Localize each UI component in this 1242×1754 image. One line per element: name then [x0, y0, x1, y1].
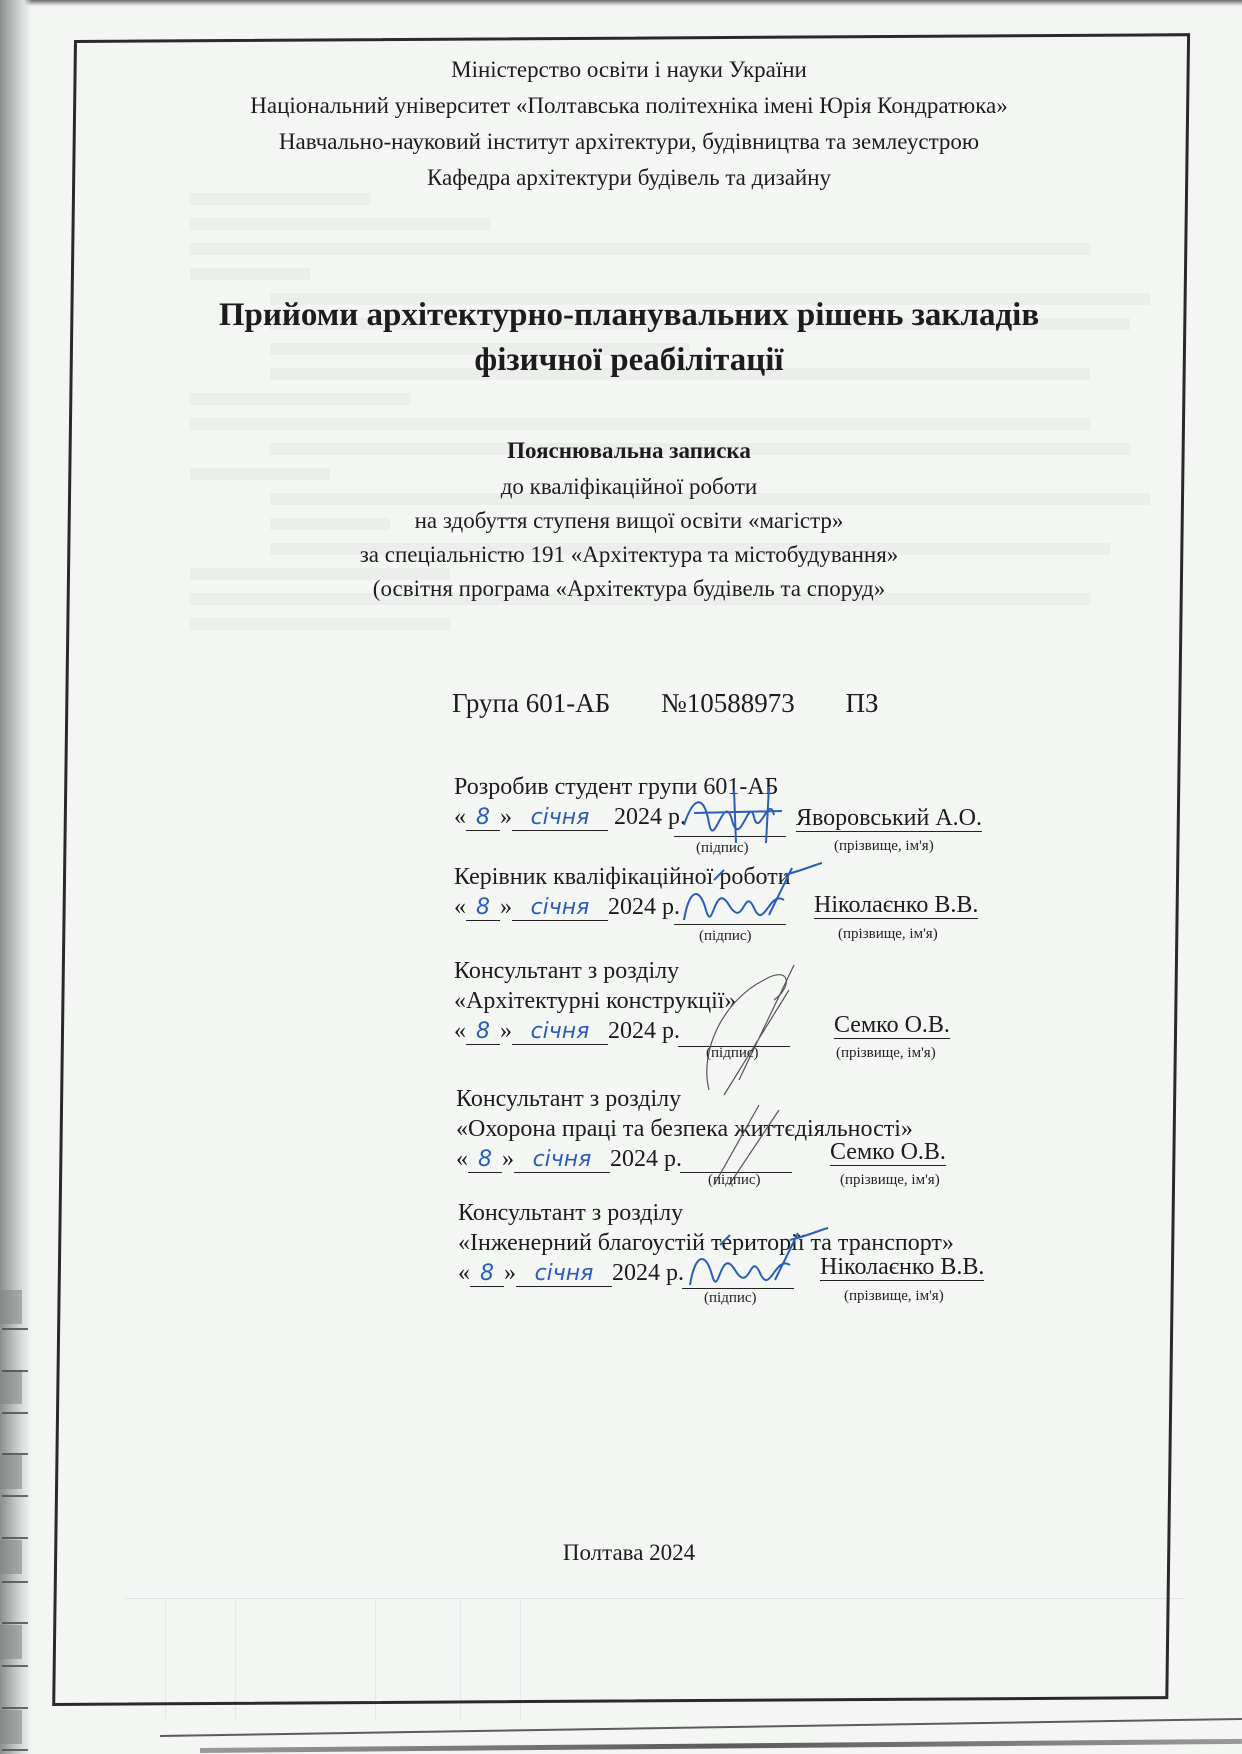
date-year: 2024 р.: [608, 894, 680, 920]
signature-caption: (підпис): [699, 928, 752, 945]
date-day-handwritten: 8: [468, 1148, 502, 1173]
name-caption: (прізвище, ім'я): [836, 1045, 936, 1062]
signature-caption: (підпис): [704, 1290, 757, 1307]
document-number: №10588973: [661, 688, 795, 718]
document-suffix: ПЗ: [846, 688, 879, 718]
date-year: 2024 р.: [610, 1146, 682, 1172]
signatory-name: Семко О.В.: [834, 1012, 950, 1039]
binding-tick: [2, 1412, 28, 1414]
signature-scribble-icon: [694, 960, 804, 1100]
document-type-line-1: до кваліфікаційної роботи: [74, 470, 1184, 503]
page-edge-line: [160, 1718, 1242, 1737]
name-caption: (прізвище, ім'я): [844, 1288, 944, 1305]
document-type-line-4: (освітня програма «Архітектура будівель …: [74, 572, 1184, 605]
binding-tick: [2, 1749, 28, 1751]
signature-caption: (підпис): [696, 840, 749, 857]
binding-tick: [2, 1453, 28, 1455]
binding-tick: [2, 1665, 28, 1667]
signatory-name: Семко О.В.: [830, 1139, 946, 1166]
date-month-handwritten: січня: [512, 896, 608, 921]
document-type-line-2: на здобуття ступеня вищої освіти «магіст…: [74, 504, 1184, 537]
date-day-handwritten: 8: [470, 1262, 504, 1287]
institute-name: Навчально-науковий інститут архітектури,…: [74, 124, 1184, 159]
signature-caption: (підпис): [706, 1045, 759, 1062]
page-edge-shadow: [200, 1739, 1242, 1753]
binding-strip: [0, 0, 32, 1754]
name-caption: (прізвище, ім'я): [840, 1172, 940, 1189]
role-label: Консультант з розділу: [458, 1198, 954, 1228]
document-type-line-3: за спеціальністю 191 «Архітектура та міс…: [74, 538, 1184, 571]
title-page: Міністерство освіти і науки України Наці…: [74, 40, 1184, 1700]
date-month-handwritten: січня: [512, 1020, 608, 1045]
binding-tick: [2, 1537, 28, 1539]
ministry-name: Міністерство освіти і науки України: [74, 52, 1184, 87]
date-day-handwritten: 8: [466, 1020, 500, 1045]
binding-tick: [2, 1495, 28, 1497]
binding-slot: [0, 1290, 22, 1324]
department-name: Кафедра архітектури будівель та дизайну: [74, 160, 1184, 195]
group-code: Група 601-АБ: [452, 688, 610, 718]
signature-scribble-icon: [674, 860, 824, 930]
thesis-title-line-1: Прийоми архітектурно-планувальних рішень…: [74, 293, 1184, 337]
date-month-handwritten: січня: [512, 806, 608, 831]
binding-tick: [2, 1707, 28, 1709]
name-caption: (прізвище, ім'я): [834, 838, 934, 855]
signatory-name: Яворовський А.О.: [796, 805, 982, 832]
binding-slot: [0, 1455, 22, 1489]
binding-tick: [2, 1328, 28, 1330]
thesis-title-line-2: фізичної реабілітації: [74, 338, 1184, 382]
scan-shadow-top: [0, 0, 1242, 6]
binding-slot: [0, 1370, 22, 1404]
date-month-handwritten: січня: [514, 1148, 610, 1173]
date-month-handwritten: січня: [516, 1262, 612, 1287]
binding-slot: [0, 1625, 22, 1659]
binding-tick: [2, 1581, 28, 1583]
signatory-name: Ніколаєнко В.В.: [814, 892, 978, 919]
binding-tick: [2, 1370, 28, 1372]
date-day-handwritten: 8: [466, 806, 500, 831]
document-code: Група 601-АБ №10588973 ПЗ: [452, 688, 923, 719]
date-day-handwritten: 8: [466, 896, 500, 921]
document-type-heading: Пояснювальна записка: [74, 438, 1184, 464]
date-year: 2024 р.: [612, 1260, 684, 1286]
city-year: Полтава 2024: [74, 1540, 1184, 1566]
signature-caption: (підпис): [708, 1172, 761, 1189]
date-year: 2024 р.: [608, 1018, 680, 1044]
signature-scribble-icon: [674, 785, 784, 845]
name-caption: (прізвище, ім'я): [838, 926, 938, 943]
binding-tick: [2, 1622, 28, 1624]
binding-slot: [0, 1710, 22, 1744]
university-name: Національний університет «Полтавська пол…: [74, 88, 1184, 123]
signature-scribble-icon: [680, 1225, 830, 1295]
signatory-name: Ніколаєнко В.В.: [820, 1254, 984, 1281]
binding-slot: [0, 1540, 22, 1574]
role-label: Консультант з розділу: [456, 1084, 913, 1114]
